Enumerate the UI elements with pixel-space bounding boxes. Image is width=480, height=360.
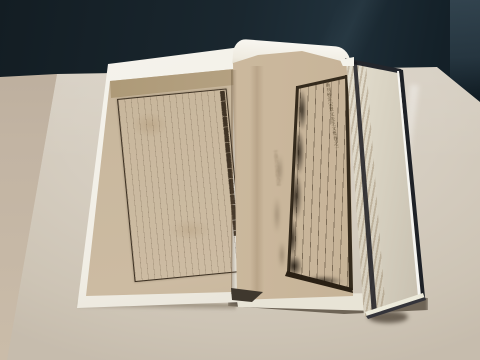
spine-crease (231, 70, 237, 294)
left-page-text: 新刊校定宋景文先生文集卷之一 詩 治紀二年 上以萬幾之暇覽觀經史之文有天地玄黃宇… (119, 91, 242, 280)
left-page-frame-wrap: 新刊校定宋景文先生文集卷之一 詩 治紀二年 上以萬幾之暇覽觀經史之文有天地玄黃宇… (88, 70, 238, 298)
museum-photo: 新刊校定宋景文先生文集卷之一 詩 治紀二年 上以萬幾之暇覽觀經史之文有天地玄黃宇… (0, 0, 480, 360)
spine-shading (250, 66, 264, 294)
left-page-printed-frame: 新刊校定宋景文先生文集卷之一 詩 治紀二年 上以萬幾之暇覽觀經史之文有天地玄黃宇… (117, 88, 244, 282)
